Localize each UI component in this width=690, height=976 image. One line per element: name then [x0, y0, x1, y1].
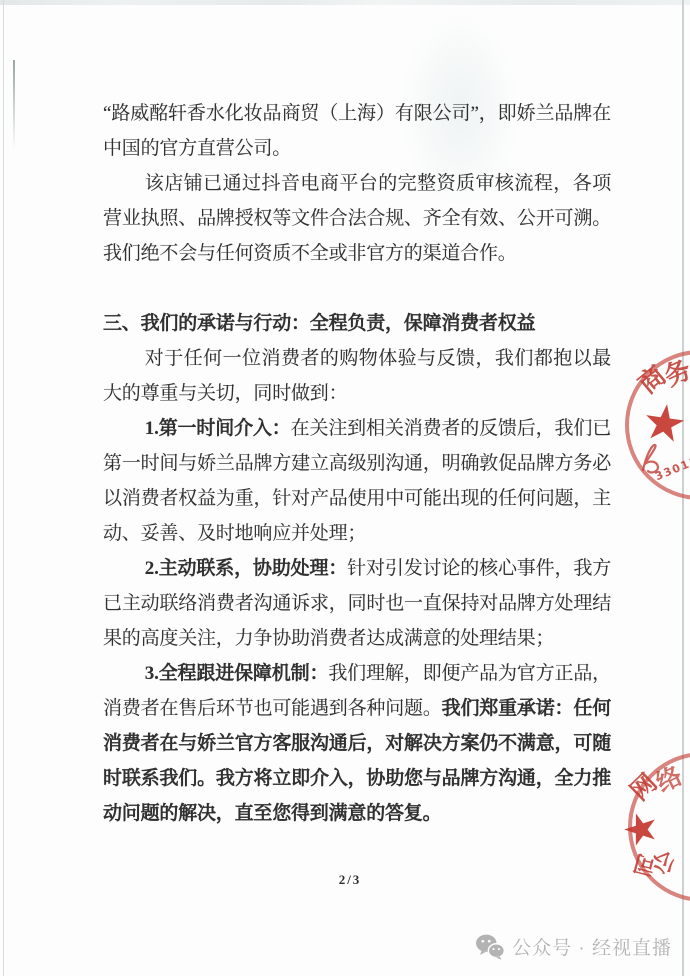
section-heading-3-text: 三、我们的承诺与行动：全程负责，保障消费者权益 — [103, 313, 535, 334]
paragraph-point-2: 2.主动联系，协助处理：针对引发讨论的核心事件，我方已主动联络消费者沟通诉求，同… — [103, 551, 611, 656]
seal-circle — [625, 350, 690, 500]
scan-edge-left-short — [13, 60, 15, 150]
paragraph-commitment: 对于任何一位消费者的购物体验与反馈，我们都抱以最大的尊重与关切，同时做到： — [103, 341, 611, 411]
paragraph-store-text: 该店铺已通过抖音电商平台的完整资质审核流程，各项营业执照、品牌授权等文件合法合规… — [103, 173, 611, 264]
paragraph-company: “路威酩轩香水化妆品商贸（上海）有限公司”，即娇兰品牌在中国的官方直营公司。 — [103, 96, 611, 166]
document-body: “路威酩轩香水化妆品商贸（上海）有限公司”，即娇兰品牌在中国的官方直营公司。 该… — [103, 96, 611, 831]
scan-edge-right — [682, 0, 684, 976]
wechat-watermark: 公众号 · 经视直播 — [0, 930, 672, 962]
red-seal-commerce: 商 务 ★ 33011 — [600, 340, 690, 510]
scan-edge-top — [0, 0, 690, 5]
scan-edge-left — [3, 0, 4, 976]
signature-mark — [638, 440, 662, 476]
section-heading-3: 三、我们的承诺与行动：全程负责，保障消费者权益 — [103, 306, 611, 341]
seal-char: 商 — [629, 356, 673, 401]
wechat-watermark-label: 公众号 · 经视直播 — [512, 933, 672, 960]
page-number: 2/3 — [0, 872, 690, 888]
seal-serial-digits: 33011 — [653, 454, 690, 483]
star-icon: ★ — [615, 799, 666, 857]
paragraph-point-1: 1.第一时间介入：在关注到相关消费者的反馈后，我们已第一时间与娇兰品牌方建立高级… — [103, 411, 611, 551]
point-2-lead: 2.主动联系，协助处理： — [145, 558, 347, 579]
seal-char: 务 — [658, 349, 690, 393]
paragraph-commitment-text: 对于任何一位消费者的购物体验与反馈，我们都抱以最大的尊重与关切，同时做到： — [103, 348, 611, 404]
point-1-lead: 1.第一时间介入： — [145, 418, 291, 439]
paragraph-store-qualification: 该店铺已通过抖音电商平台的完整资质审核流程，各项营业执照、品牌授权等文件合法合规… — [103, 166, 611, 271]
paragraph-company-text: “路威酩轩香水化妆品商贸（上海）有限公司”，即娇兰品牌在中国的官方直营公司。 — [103, 103, 611, 159]
point-3-lead: 3.全程跟进保障机制： — [145, 663, 329, 684]
paragraph-point-3: 3.全程跟进保障机制：我们理解，即便产品为官方正品，消费者在售后环节也可能遇到各… — [103, 656, 611, 831]
seal-char: 网 — [621, 764, 664, 807]
wechat-icon — [475, 933, 505, 960]
